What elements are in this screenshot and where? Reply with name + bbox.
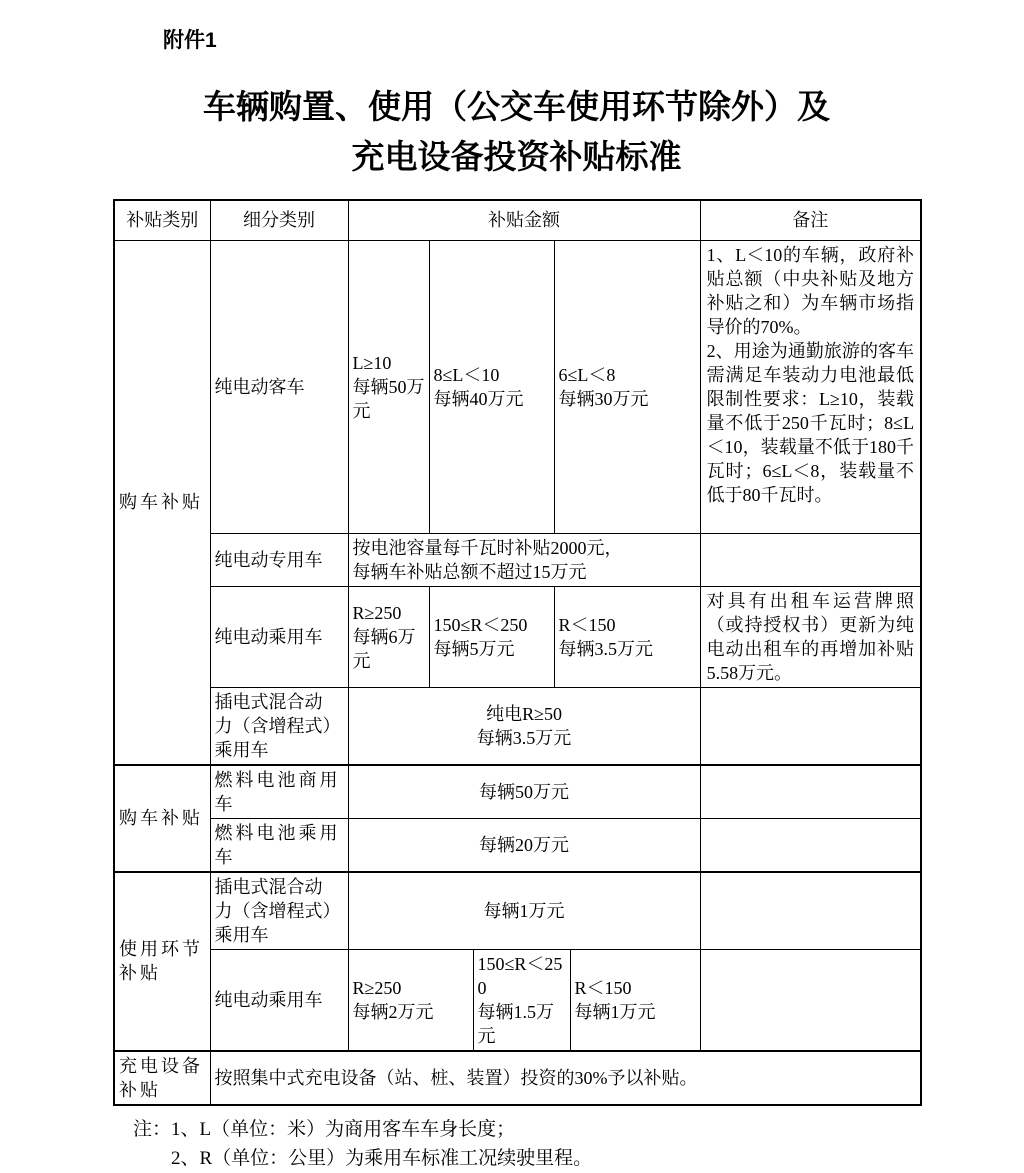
row-pure-electric-bus: 购车补贴 纯电动客车 L≥10 每辆50万元 8≤L＜10 每辆40万元 6≤L… [114,240,921,533]
cell-bus-amount-a: L≥10 每辆50万元 [348,240,429,533]
cell-fuel-passenger-remark [700,818,921,872]
cell-fuel-passenger-amount: 每辆20万元 [348,818,700,872]
footnote-2: 2、R（单位：公里）为乘用车标准工况续驶里程。 [171,1144,1024,1173]
row-charging-equipment: 充电设备 补贴 按照集中式充电设备（站、桩、装置）投资的30%予以补贴。 [114,1051,921,1105]
cell-sub-electric-passenger-usage: 纯电动乘用车 [210,949,348,1051]
title-line-2: 充电设备投资补贴标准 [352,138,682,175]
cell-phev-usage-amount: 每辆1万元 [348,872,700,950]
attachment-label: 附件1 [163,26,1024,56]
cell-passenger-amount-a: R≥250 每辆6万元 [348,586,429,687]
header-amount: 补贴金额 [348,200,700,240]
cell-sub-fuel-passenger: 燃料电池乘用 车 [210,818,348,872]
subsidy-standards-table: 补贴类别 细分类别 补贴金额 备注 购车补贴 纯电动客车 L≥10 每辆50万元… [113,199,922,1106]
cell-passenger-remark: 对具有出租车运营牌照（或持授权书）更新为纯电动出租车的再增加补贴5.58万元。 [700,586,921,687]
footnote-1: 注：1、L（单位：米）为商用客车车身长度； [133,1115,1024,1144]
row-phev-usage: 使用环节 补贴 插电式混合动 力（含增程式） 乘用车 每辆1万元 [114,872,921,950]
cell-category-usage: 使用环节 补贴 [114,872,210,1051]
cell-passenger-amount-b: 150≤R＜250 每辆5万元 [429,586,554,687]
cell-usage-amount-c: R＜150 每辆1万元 [570,949,700,1051]
cell-fuel-commercial-amount: 每辆50万元 [348,765,700,819]
cell-sub-electric-special: 纯电动专用车 [210,533,348,586]
cell-category-purchase-2: 购车补贴 [114,765,210,872]
cell-sub-phev-purchase: 插电式混合动 力（含增程式） 乘用车 [210,687,348,765]
cell-phev-purchase-remark [700,687,921,765]
cell-phev-purchase-amount: 纯电R≥50 每辆3.5万元 [348,687,700,765]
table-header-row: 补贴类别 细分类别 补贴金额 备注 [114,200,921,240]
document-page: 附件1 车辆购置、使用（公交车使用环节除外）及 充电设备投资补贴标准 补贴类别 … [0,0,1024,1173]
row-phev-purchase: 插电式混合动 力（含增程式） 乘用车 纯电R≥50 每辆3.5万元 [114,687,921,765]
row-fuel-cell-commercial: 购车补贴 燃料电池商用 车 每辆50万元 [114,765,921,819]
cell-bus-remark: 1、L＜10的车辆，政府补贴总额（中央补贴及地方补贴之和）为车辆市场指导价的70… [700,240,921,533]
row-pure-electric-passenger-usage: 纯电动乘用车 R≥250 每辆2万元 150≤R＜250 每辆1.5万元 R＜1… [114,949,921,1051]
cell-usage-amount-a: R≥250 每辆2万元 [348,949,473,1051]
row-pure-electric-special: 纯电动专用车 按电池容量每千瓦时补贴2000元， 每辆车补贴总额不超过15万元 [114,533,921,586]
cell-category-purchase-1: 购车补贴 [114,240,210,765]
header-subcategory: 细分类别 [210,200,348,240]
title-line-1: 车辆购置、使用（公交车使用环节除外）及 [203,88,830,125]
cell-usage-amount-b: 150≤R＜250 每辆1.5万元 [473,949,570,1051]
cell-special-remark [700,533,921,586]
cell-special-amount: 按电池容量每千瓦时补贴2000元， 每辆车补贴总额不超过15万元 [348,533,700,586]
header-remark: 备注 [700,200,921,240]
document-title: 车辆购置、使用（公交车使用环节除外）及 充电设备投资补贴标准 [113,82,920,182]
footnotes: 注：1、L（单位：米）为商用客车车身长度； 2、R（单位：公里）为乘用车标准工况… [133,1115,1024,1173]
row-fuel-cell-passenger: 燃料电池乘用 车 每辆20万元 [114,818,921,872]
cell-sub-electric-bus: 纯电动客车 [210,240,348,533]
cell-passenger-amount-c: R＜150 每辆3.5万元 [554,586,700,687]
cell-fuel-commercial-remark [700,765,921,819]
cell-bus-amount-c: 6≤L＜8 每辆30万元 [554,240,700,533]
header-category: 补贴类别 [114,200,210,240]
row-pure-electric-passenger-purchase: 纯电动乘用车 R≥250 每辆6万元 150≤R＜250 每辆5万元 R＜150… [114,586,921,687]
cell-category-charging: 充电设备 补贴 [114,1051,210,1105]
cell-sub-electric-passenger: 纯电动乘用车 [210,586,348,687]
cell-phev-usage-remark [700,872,921,950]
cell-bus-amount-b: 8≤L＜10 每辆40万元 [429,240,554,533]
cell-sub-fuel-commercial: 燃料电池商用 车 [210,765,348,819]
cell-usage-remark [700,949,921,1051]
cell-sub-phev-usage: 插电式混合动 力（含增程式） 乘用车 [210,872,348,950]
cell-charging-amount: 按照集中式充电设备（站、桩、装置）投资的30%予以补贴。 [210,1051,921,1105]
